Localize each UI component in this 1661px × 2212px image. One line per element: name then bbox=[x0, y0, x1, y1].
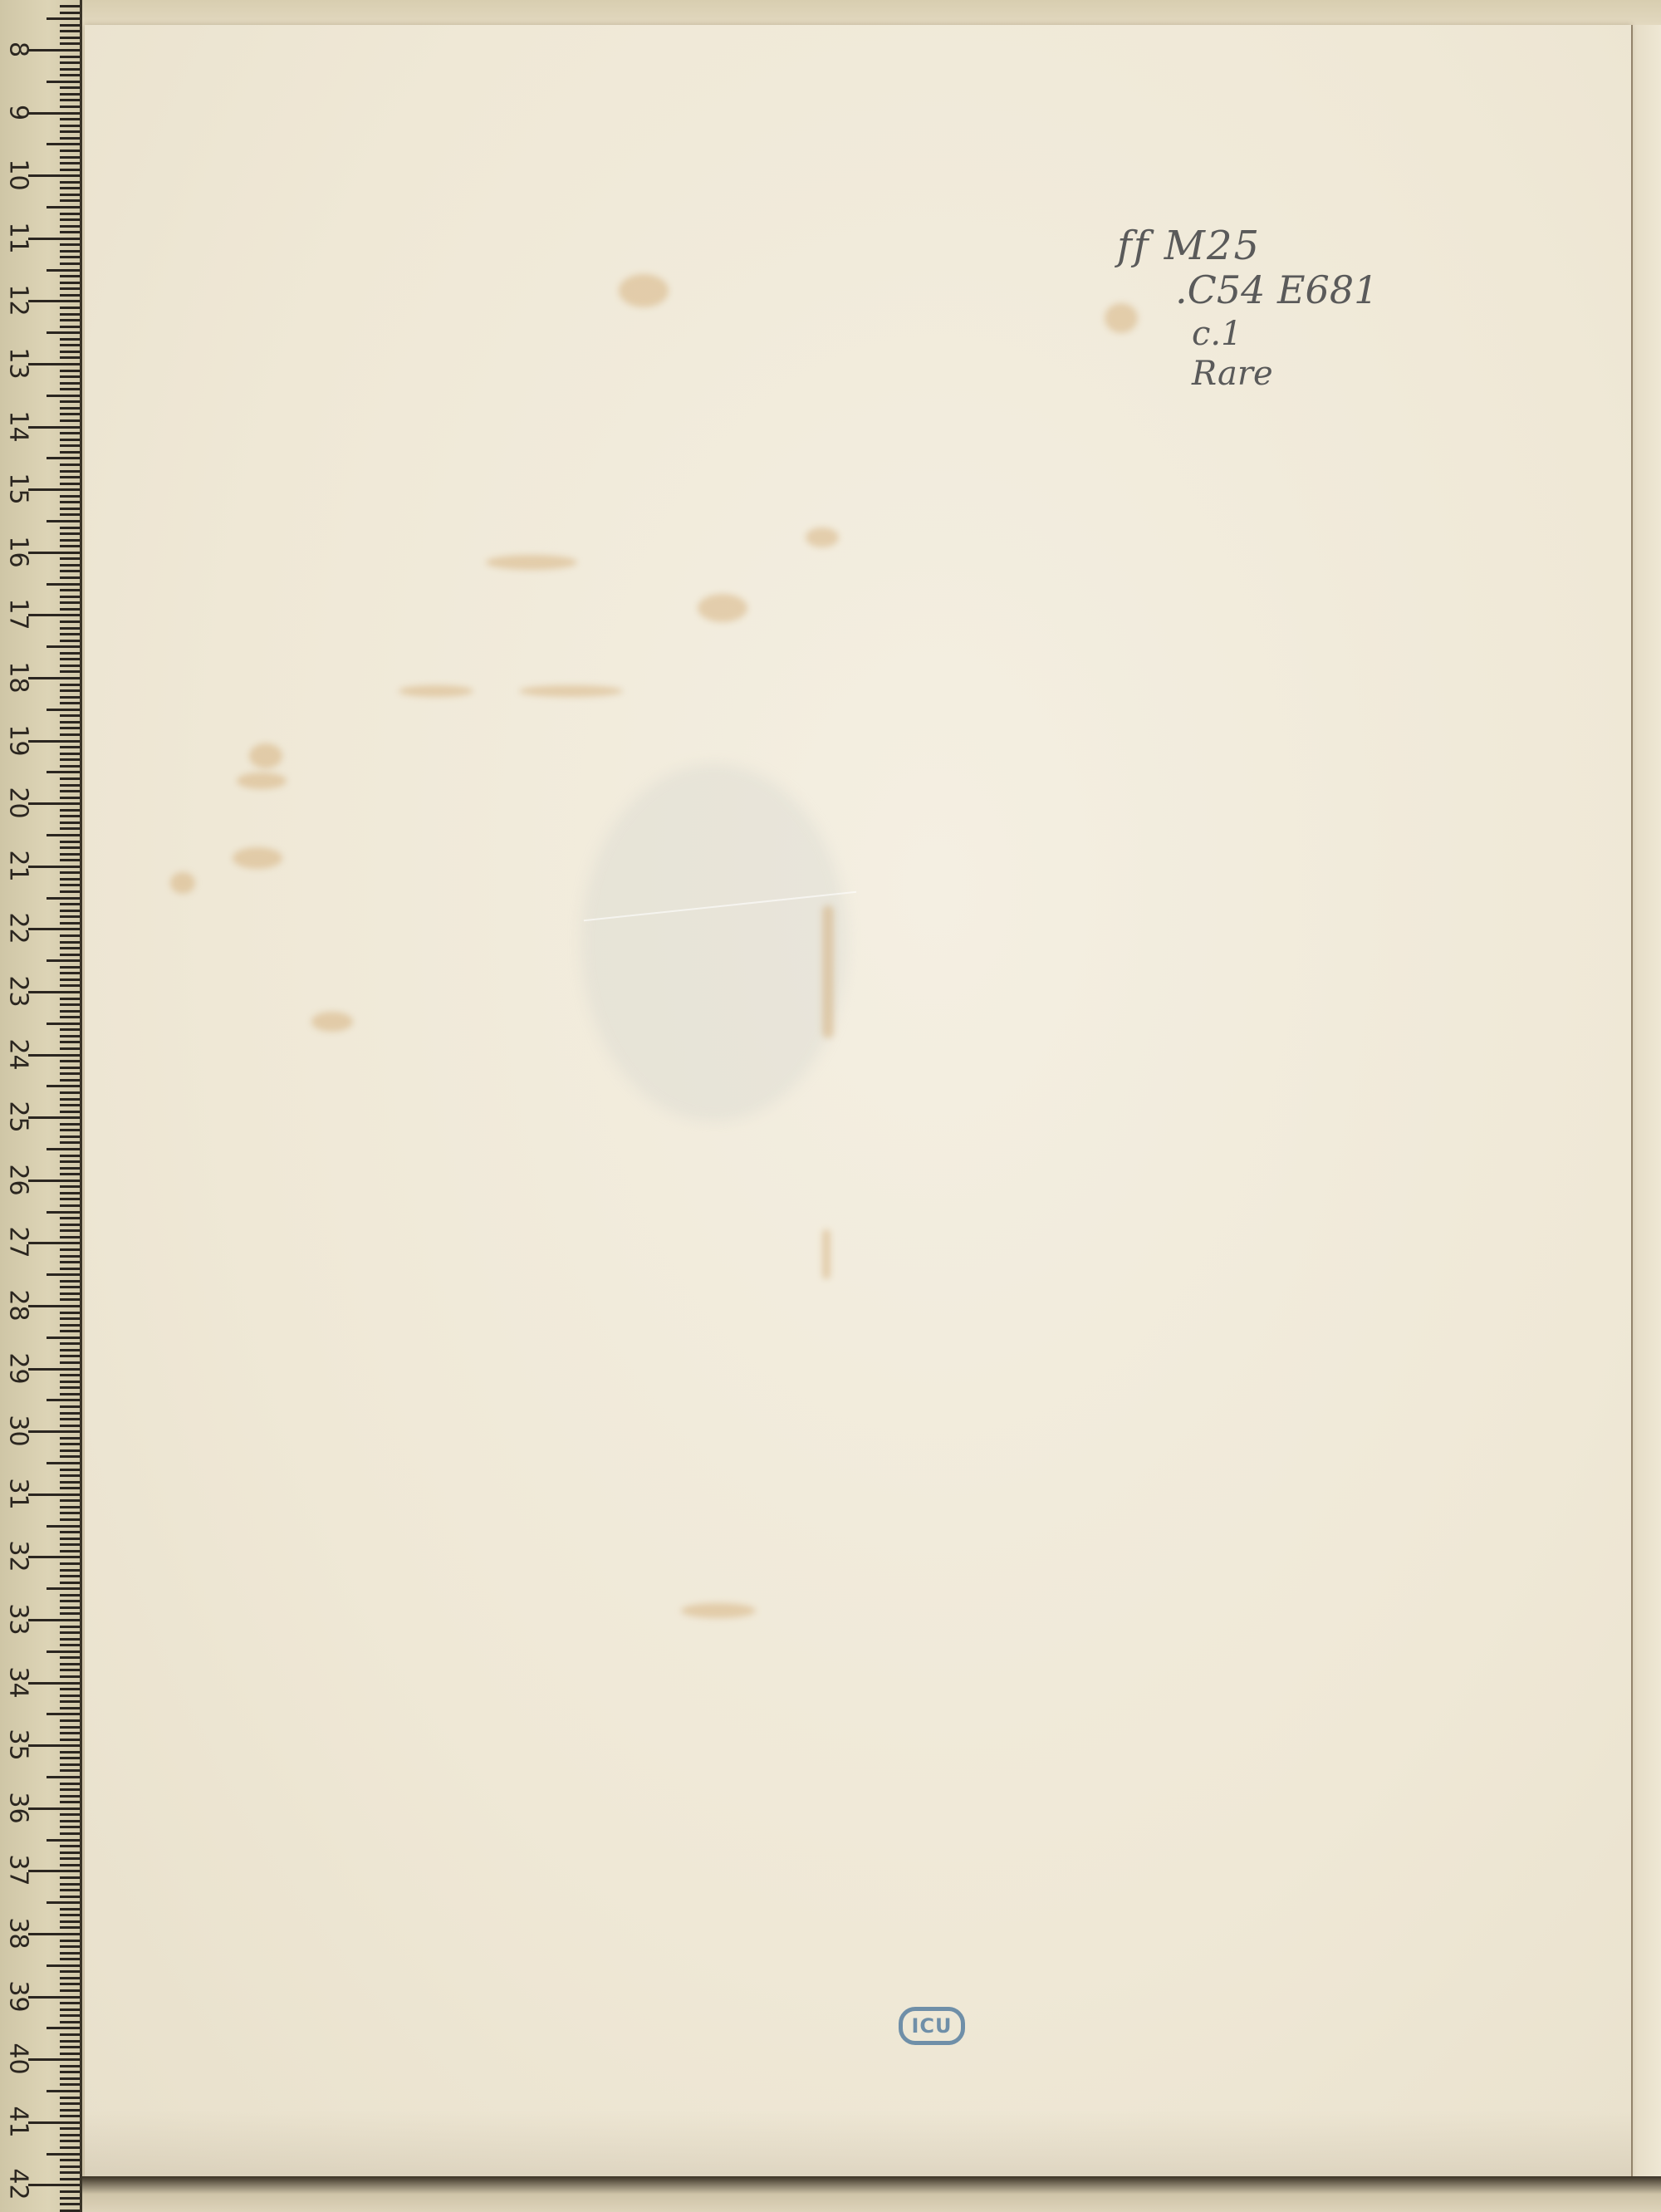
ruler-tick bbox=[60, 1349, 80, 1351]
ruler-tick bbox=[60, 1455, 80, 1458]
ruler-tick bbox=[60, 1437, 80, 1440]
ruler-tick bbox=[60, 1386, 80, 1389]
ruler-tick bbox=[60, 1192, 80, 1194]
ruler-tick bbox=[47, 583, 80, 586]
ruler-tick bbox=[60, 42, 80, 45]
ruler-tick bbox=[60, 1355, 80, 1357]
ruler-tick bbox=[60, 313, 80, 316]
ruler-tick bbox=[60, 1286, 80, 1288]
ruler-tick bbox=[60, 1719, 80, 1722]
ruler-tick bbox=[60, 344, 80, 346]
ruler-tick bbox=[60, 608, 80, 611]
ruler-tick bbox=[60, 262, 80, 265]
ruler-tick bbox=[60, 601, 80, 604]
ruler-tick bbox=[60, 2014, 80, 2017]
ruler-tick bbox=[60, 1582, 80, 1584]
ruler-tick bbox=[60, 1449, 80, 1452]
ruler-tick bbox=[60, 2102, 80, 2105]
ruler-tick bbox=[60, 508, 80, 510]
ruler-tick bbox=[60, 620, 80, 623]
ruler-tick bbox=[60, 2140, 80, 2142]
ruler-tick bbox=[47, 834, 80, 836]
ruler-tick bbox=[60, 338, 80, 341]
ruler-tick bbox=[60, 1412, 80, 1415]
ruler-label: 24 bbox=[4, 1037, 33, 1071]
ruler-tick bbox=[60, 68, 80, 71]
ruler-tick bbox=[60, 941, 80, 944]
ruler-tick bbox=[60, 1908, 80, 1910]
ruler-tick bbox=[60, 1393, 80, 1395]
ruler-tick bbox=[60, 1072, 80, 1075]
ruler-tick bbox=[28, 488, 80, 491]
ruler-tick bbox=[60, 1292, 80, 1295]
ruler-tick bbox=[60, 1255, 80, 1258]
ruler-tick bbox=[47, 959, 80, 962]
ruler-tick bbox=[60, 2046, 80, 2048]
ruler-tick bbox=[60, 1606, 80, 1609]
ruler-tick bbox=[47, 1964, 80, 1967]
ruler-tick bbox=[60, 670, 80, 673]
ruler-tick bbox=[47, 520, 80, 522]
ruler-tick bbox=[60, 1405, 80, 1408]
ruler-tick bbox=[60, 1763, 80, 1766]
ruler-tick bbox=[60, 1016, 80, 1018]
ruler-tick bbox=[60, 557, 80, 560]
ruler-tick bbox=[60, 1361, 80, 1364]
ruler-tick bbox=[60, 589, 80, 591]
ruler-tick bbox=[60, 1003, 80, 1006]
ruler-tick bbox=[60, 169, 80, 171]
ruler-tick bbox=[47, 206, 80, 208]
ruler-tick bbox=[60, 444, 80, 447]
ruler-tick bbox=[60, 105, 80, 108]
ruler-tick bbox=[60, 966, 80, 969]
ruler-tick bbox=[60, 150, 80, 152]
ruler-label: 19 bbox=[4, 723, 33, 757]
ruler-tick bbox=[60, 1644, 80, 1646]
ruler-tick bbox=[47, 331, 80, 334]
ruler-tick bbox=[60, 702, 80, 704]
ruler-tick bbox=[60, 287, 80, 290]
ruler-tick bbox=[60, 93, 80, 96]
ruler-tick bbox=[60, 356, 80, 359]
ruler-tick bbox=[60, 187, 80, 189]
ruler-tick bbox=[47, 395, 80, 397]
ruler-tick bbox=[60, 1638, 80, 1641]
ruler-tick bbox=[60, 859, 80, 861]
ruler-tick bbox=[60, 1726, 80, 1729]
ruler-tick bbox=[60, 1889, 80, 1891]
ruler-tick bbox=[47, 1148, 80, 1150]
ruler-tick bbox=[28, 1116, 80, 1119]
ruler-tick bbox=[60, 24, 80, 27]
ruler-tick bbox=[28, 1180, 80, 1182]
ruler-tick bbox=[60, 545, 80, 547]
ruler-tick bbox=[47, 1399, 80, 1401]
foxing-stain bbox=[233, 847, 282, 869]
ruler-tick bbox=[60, 156, 80, 159]
ruler-tick bbox=[47, 897, 80, 900]
ruler-tick bbox=[60, 564, 80, 566]
ruler-tick bbox=[60, 2083, 80, 2086]
ruler-tick bbox=[60, 822, 80, 824]
ruler-tick bbox=[60, 1600, 80, 1602]
ruler-tick bbox=[60, 1198, 80, 1200]
ruler-tick bbox=[60, 375, 80, 378]
ruler-tick bbox=[60, 225, 80, 228]
foxing-stain bbox=[698, 594, 747, 622]
ruler-tick bbox=[60, 570, 80, 572]
ruler-tick bbox=[60, 2115, 80, 2117]
foxing-stain bbox=[237, 772, 287, 789]
ruler-tick bbox=[60, 2008, 80, 2011]
underlying-page-edge bbox=[1631, 25, 1661, 2185]
ruler-tick bbox=[60, 194, 80, 196]
ruler-tick bbox=[60, 1945, 80, 1948]
ruler-tick bbox=[60, 665, 80, 667]
ruler-tick bbox=[60, 596, 80, 598]
ruler-tick bbox=[28, 1368, 80, 1371]
foxing-stain bbox=[486, 555, 577, 570]
ruler-tick bbox=[47, 457, 80, 459]
ruler-tick bbox=[60, 275, 80, 277]
ruler-tick bbox=[60, 1173, 80, 1175]
ruler-tick bbox=[60, 1374, 80, 1376]
ruler-tick bbox=[60, 1135, 80, 1138]
ruler-tick bbox=[60, 513, 80, 516]
ruler-tick bbox=[60, 1896, 80, 1898]
ruler-tick bbox=[60, 627, 80, 630]
ruler-tick bbox=[60, 439, 80, 441]
ruler-tick bbox=[60, 2210, 80, 2212]
ruler-tick bbox=[60, 1883, 80, 1886]
ruler-tick bbox=[60, 243, 80, 246]
ruler-tick bbox=[47, 1525, 80, 1528]
ruler-tick bbox=[60, 1443, 80, 1445]
ruler-tick bbox=[28, 1305, 80, 1307]
ruler-tick bbox=[60, 1626, 80, 1628]
ruler-tick bbox=[60, 884, 80, 886]
ruler-tick bbox=[60, 1098, 80, 1101]
show-through-oval bbox=[581, 764, 847, 1121]
ruler-tick bbox=[60, 1312, 80, 1314]
foxing-stain bbox=[249, 743, 282, 768]
ruler-tick bbox=[60, 307, 80, 309]
ruler-tick bbox=[60, 984, 80, 987]
ruler-tick bbox=[60, 181, 80, 184]
foxing-stain bbox=[619, 274, 669, 307]
ruler-tick bbox=[60, 2071, 80, 2073]
foxing-stain bbox=[519, 685, 623, 697]
ruler-tick bbox=[60, 1236, 80, 1238]
library-stamp: ICU bbox=[899, 2007, 965, 2045]
scan-bottom-edge bbox=[80, 2176, 1661, 2212]
ruler-label: 17 bbox=[4, 598, 33, 631]
ruler-label: 22 bbox=[4, 912, 33, 945]
ruler-tick bbox=[60, 1474, 80, 1477]
ruler-tick bbox=[60, 1952, 80, 1955]
ruler-tick bbox=[60, 1129, 80, 1131]
ruler-tick bbox=[60, 2165, 80, 2168]
ruler-label: 34 bbox=[4, 1665, 33, 1699]
ruler-tick bbox=[60, 2197, 80, 2200]
ruler-label: 32 bbox=[4, 1540, 33, 1573]
ruler-tick bbox=[60, 721, 80, 723]
ruler-label: 8 bbox=[4, 33, 33, 66]
ruler-tick bbox=[28, 677, 80, 679]
ruler-tick bbox=[60, 1801, 80, 1803]
ruler-tick bbox=[60, 1813, 80, 1816]
ruler-tick bbox=[60, 527, 80, 529]
ruler-tick bbox=[28, 866, 80, 868]
ruler-tick bbox=[60, 1864, 80, 1866]
ruler-tick bbox=[60, 1512, 80, 1514]
ruler-tick bbox=[60, 910, 80, 912]
ruler-label: 42 bbox=[4, 2168, 33, 2201]
ruler-label: 10 bbox=[4, 159, 33, 192]
ruler-tick bbox=[60, 1091, 80, 1094]
ruler-tick bbox=[47, 17, 80, 20]
ruler-tick bbox=[60, 1970, 80, 1973]
ruler-tick bbox=[60, 282, 80, 284]
ruler-tick bbox=[47, 709, 80, 711]
ruler-tick bbox=[60, 815, 80, 817]
ruler-tick bbox=[47, 1839, 80, 1842]
ruler-tick bbox=[28, 2121, 80, 2124]
ruler-tick bbox=[60, 1707, 80, 1709]
ruler-tick bbox=[60, 1041, 80, 1043]
ruler-label: 16 bbox=[4, 535, 33, 568]
ruler-tick bbox=[28, 426, 80, 429]
ruler-tick bbox=[60, 758, 80, 761]
ruler-tick bbox=[60, 2065, 80, 2067]
ruler-tick bbox=[28, 1242, 80, 1244]
ruler-tick bbox=[60, 841, 80, 843]
ruler-tick bbox=[60, 1700, 80, 1703]
ruler-tick bbox=[47, 81, 80, 83]
ruler-tick bbox=[60, 1531, 80, 1533]
ruler-label: 36 bbox=[4, 1791, 33, 1824]
ruler-tick bbox=[28, 1807, 80, 1810]
ruler-tick bbox=[60, 407, 80, 410]
ruler-tick bbox=[60, 1185, 80, 1188]
ruler-tick bbox=[60, 382, 80, 385]
ruler-tick bbox=[60, 463, 80, 466]
ruler-tick bbox=[60, 2053, 80, 2055]
ruler-tick bbox=[47, 1462, 80, 1464]
ruler-tick bbox=[28, 49, 80, 51]
foxing-stain bbox=[822, 905, 834, 1038]
ruler-tick bbox=[60, 56, 80, 58]
ruler-tick bbox=[60, 532, 80, 535]
ruler-tick bbox=[60, 1155, 80, 1157]
ruler-tick bbox=[60, 413, 80, 415]
ruler-tick bbox=[60, 294, 80, 297]
ruler-tick bbox=[60, 1481, 80, 1484]
ruler-label: 18 bbox=[4, 661, 33, 694]
ruler-tick bbox=[60, 470, 80, 473]
ruler-tick bbox=[60, 1788, 80, 1791]
ruler-tick bbox=[60, 1958, 80, 1960]
ruler-label: 21 bbox=[4, 849, 33, 882]
ruler-tick bbox=[47, 1650, 80, 1653]
ruler-tick bbox=[60, 1111, 80, 1113]
ruler-tick bbox=[60, 640, 80, 642]
call-number-line-1: ff M25 bbox=[1117, 226, 1378, 266]
ruler-tick bbox=[60, 483, 80, 485]
ruler-tick bbox=[60, 1914, 80, 1916]
ruler-tick bbox=[28, 174, 80, 177]
ruler-tick bbox=[28, 300, 80, 302]
ruler-tick bbox=[60, 1989, 80, 1992]
ruler-tick bbox=[47, 1085, 80, 1087]
ruler-tick bbox=[60, 1857, 80, 1860]
ruler-tick bbox=[60, 1280, 80, 1283]
ruler-tick bbox=[47, 2027, 80, 2029]
ruler-tick bbox=[60, 2159, 80, 2161]
foxing-stain bbox=[170, 872, 195, 894]
ruler-tick bbox=[60, 696, 80, 699]
ruler-tick bbox=[60, 256, 80, 258]
ruler-tick bbox=[60, 1562, 80, 1565]
ruler-tick bbox=[60, 1123, 80, 1126]
ruler-tick bbox=[60, 213, 80, 215]
ruler-label: 29 bbox=[4, 1351, 33, 1385]
ruler-tick bbox=[28, 363, 80, 365]
ruler-tick bbox=[60, 1010, 80, 1013]
ruler-tick bbox=[60, 2171, 80, 2174]
ruler-label: 20 bbox=[4, 787, 33, 820]
ruler-tick bbox=[60, 890, 80, 893]
ruler-tick bbox=[60, 2002, 80, 2004]
ruler-tick bbox=[28, 740, 80, 743]
ruler-tick bbox=[60, 1538, 80, 1540]
ruler-tick bbox=[60, 765, 80, 768]
ruler-tick bbox=[60, 777, 80, 780]
ruler-tick bbox=[60, 351, 80, 353]
ruler-tick bbox=[60, 1381, 80, 1383]
ruler-label: 37 bbox=[4, 1854, 33, 1887]
ruler-label: 27 bbox=[4, 1226, 33, 1259]
ruler-tick bbox=[60, 922, 80, 925]
ruler-tick bbox=[60, 1425, 80, 1427]
ruler-tick bbox=[60, 432, 80, 434]
ruler-tick bbox=[60, 1783, 80, 1785]
ruler-tick bbox=[28, 2184, 80, 2186]
ruler-tick bbox=[60, 1028, 80, 1031]
foxing-stain bbox=[681, 1603, 756, 1618]
ruler-tick bbox=[60, 2134, 80, 2136]
ruler-tick bbox=[60, 1820, 80, 1822]
ruler-tick bbox=[60, 2178, 80, 2180]
ruler-tick bbox=[47, 771, 80, 773]
ruler-tick bbox=[28, 238, 80, 240]
ruler-tick bbox=[60, 2109, 80, 2111]
ruler-tick bbox=[60, 797, 80, 799]
blank-page bbox=[85, 25, 1631, 2176]
ruler-tick bbox=[47, 1713, 80, 1715]
ruler-tick bbox=[28, 552, 80, 554]
ruler-tick bbox=[60, 30, 80, 32]
ruler-tick bbox=[60, 1141, 80, 1144]
ruler-tick bbox=[60, 137, 80, 140]
ruler-tick bbox=[60, 1499, 80, 1502]
ruler-tick bbox=[47, 1273, 80, 1276]
ruler-tick bbox=[60, 1612, 80, 1615]
ruler-label: 35 bbox=[4, 1729, 33, 1762]
ruler-tick bbox=[47, 1337, 80, 1339]
ruler-tick bbox=[47, 645, 80, 648]
ruler-label: 14 bbox=[4, 410, 33, 443]
ruler-tick bbox=[60, 998, 80, 1000]
ruler-tick bbox=[60, 1656, 80, 1659]
ruler-tick bbox=[60, 1506, 80, 1508]
ruler-tick bbox=[60, 1047, 80, 1050]
ruler-label: 33 bbox=[4, 1603, 33, 1636]
ruler-tick bbox=[60, 714, 80, 717]
ruler-tick bbox=[60, 1876, 80, 1879]
ruler-tick bbox=[60, 1418, 80, 1420]
ruler-tick bbox=[60, 1852, 80, 1854]
ruler-tick bbox=[47, 1023, 80, 1025]
ruler-tick bbox=[60, 1160, 80, 1163]
ruler-tick bbox=[28, 112, 80, 115]
foxing-stain bbox=[311, 1012, 353, 1032]
foxing-stain bbox=[399, 685, 473, 697]
ruler-tick bbox=[60, 319, 80, 321]
ruler-tick bbox=[60, 162, 80, 164]
ruler-label: 40 bbox=[4, 2043, 33, 2076]
ruler-tick bbox=[60, 130, 80, 133]
ruler-tick bbox=[60, 1795, 80, 1798]
ruler-tick bbox=[60, 1518, 80, 1521]
ruler-tick bbox=[47, 269, 80, 272]
ruler-tick bbox=[60, 86, 80, 89]
ruler-label: 13 bbox=[4, 347, 33, 380]
ruler-tick bbox=[60, 684, 80, 686]
ruler-tick bbox=[60, 199, 80, 202]
ruler-label: 9 bbox=[4, 96, 33, 129]
ruler-tick bbox=[60, 954, 80, 956]
ruler-tick bbox=[60, 871, 80, 874]
ruler-tick bbox=[60, 326, 80, 328]
ruler-tick bbox=[60, 1983, 80, 1985]
ruler-label: 15 bbox=[4, 473, 33, 506]
ruler-tick bbox=[60, 2190, 80, 2193]
ruler-tick bbox=[60, 1688, 80, 1690]
ruler-tick bbox=[60, 99, 80, 101]
ruler-tick bbox=[28, 1619, 80, 1621]
ruler-tick bbox=[60, 125, 80, 127]
ruler-tick bbox=[60, 451, 80, 454]
ruler-tick bbox=[60, 1845, 80, 1847]
ruler-tick bbox=[60, 400, 80, 403]
ruler-tick bbox=[60, 658, 80, 660]
ruler-tick bbox=[60, 476, 80, 478]
ruler-label: 31 bbox=[4, 1477, 33, 1510]
ruler-tick bbox=[60, 846, 80, 849]
ruler-tick bbox=[28, 1870, 80, 1872]
ruler-label: 25 bbox=[4, 1101, 33, 1134]
foxing-stain bbox=[806, 527, 839, 547]
ruler-tick bbox=[60, 61, 80, 64]
ruler-tick bbox=[60, 652, 80, 655]
ruler-tick bbox=[28, 1933, 80, 1935]
ruler-tick bbox=[60, 1732, 80, 1734]
ruler-tick bbox=[60, 1268, 80, 1270]
ruler-tick bbox=[60, 1330, 80, 1332]
ruler-tick bbox=[60, 388, 80, 390]
